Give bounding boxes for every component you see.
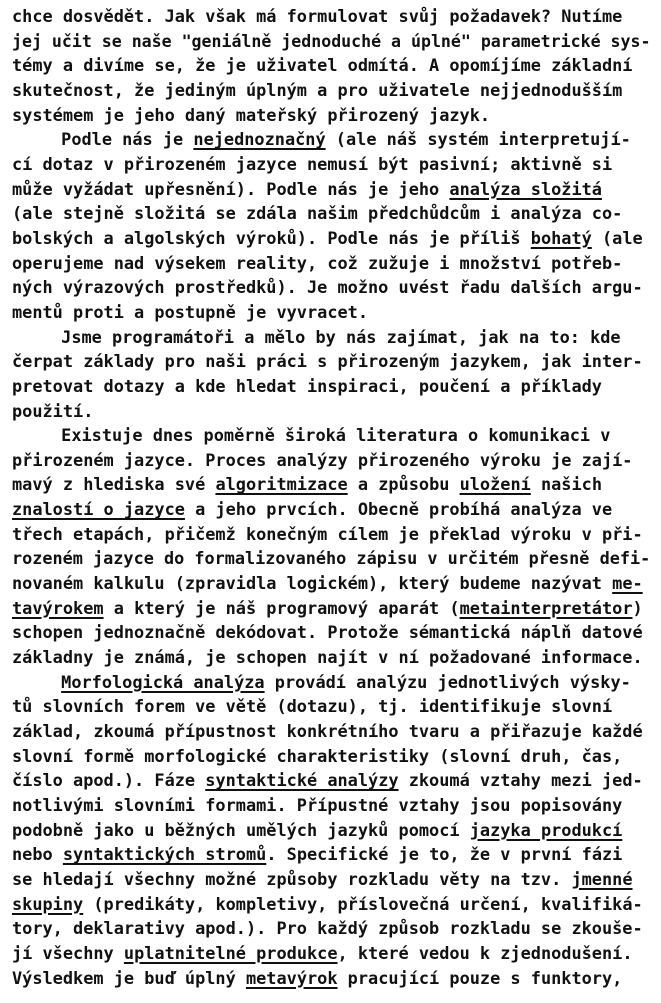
text-segment: jí všechny: [12, 944, 124, 964]
text-segment: (ale stejně složitá se zdála našim předc…: [12, 204, 622, 224]
text-line: se hledají všechny možné způsoby rozklad…: [12, 868, 650, 893]
text-segment: a který je náš programový aparát (: [104, 599, 460, 619]
text-segment: chce dosvědět. Jak však má formulovat sv…: [12, 7, 622, 27]
text-line: notlivými slovními formami. Přípustné vz…: [12, 794, 650, 819]
underlined-term: skupiny: [12, 895, 83, 915]
text-segment: skutečnost, že jediným úplným a pro uživ…: [12, 81, 622, 101]
paragraph-start-line: Jsme programátoři a mělo by nás zajímat,…: [12, 326, 650, 351]
text-segment: mentů proti a postupně je vyvracet.: [12, 303, 368, 323]
text-segment: třech etapách, přičemž konečným cílem je…: [12, 525, 643, 545]
underlined-term: znalostí o jazyce: [12, 500, 185, 520]
text-line: může vyžádat upřesnění). Podle nás je je…: [12, 178, 650, 203]
text-segment: cí dotaz v přirozeném jazyce nemusí být …: [12, 155, 612, 175]
text-segment: a způsobu: [348, 475, 460, 495]
text-segment: základ, zkoumá přípustnost konkrétního t…: [12, 722, 643, 742]
text-segment: tů slovních forem ve větě (dotazu), tj. …: [12, 697, 612, 717]
text-line: (ale stejně složitá se zdála našim předc…: [12, 202, 650, 227]
text-line: skupiny (predikáty, kompletivy, příslove…: [12, 893, 650, 918]
text-line: jej učit se naše "geniálně jednoduché a …: [12, 30, 638, 55]
paragraph-start-line: Podle nás je nejednoznačný (ale náš syst…: [12, 128, 650, 153]
text-segment: Jsme programátoři a mělo by nás zajímat,…: [61, 328, 620, 348]
text-line: cí dotaz v přirozeném jazyce nemusí být …: [12, 153, 650, 178]
text-segment: operujeme nad výsekem reality, což zužuj…: [12, 254, 622, 274]
underlined-term: bohatý: [531, 229, 592, 249]
text-line: nebo syntaktických stromů. Specifické je…: [12, 843, 650, 868]
text-segment: našich: [531, 475, 602, 495]
text-segment: Podle nás je: [61, 130, 193, 150]
text-line: operujeme nad výsekem reality, což zužuj…: [12, 252, 650, 277]
text-segment: může vyžádat upřesnění). Podle nás je je…: [12, 180, 449, 200]
underlined-term: uplatnitelné produkce: [124, 944, 338, 964]
underlined-term: algoritmizace: [215, 475, 347, 495]
text-segment: pretovat dotazy a kde hledat inspiraci, …: [12, 377, 602, 397]
underlined-term: syntaktických stromů: [63, 845, 266, 865]
text-segment: ných výrazových prostředků). Je možno uv…: [12, 278, 643, 298]
text-line: schopen jednoznačně dekódovat. Protože s…: [12, 621, 650, 646]
underlined-term: jmenné: [571, 870, 632, 890]
text-segment: základny je známá, je schopen najít v ní…: [12, 648, 643, 668]
text-segment: provádí analýzu jednotlivých výsky-: [265, 673, 631, 693]
text-segment: , které vedou k zjednodušení.: [338, 944, 633, 964]
text-segment: bolských a algolských výroků). Podle nás…: [12, 229, 531, 249]
text-line: témy a divíme se, že je uživatel odmítá.…: [12, 54, 650, 79]
text-segment: se hledají všechny možné způsoby rozklad…: [12, 870, 571, 890]
text-segment: jej učit se naše "geniálně jednoduché a …: [12, 32, 650, 52]
text-segment: témy a divíme se, že je uživatel odmítá.…: [12, 56, 632, 76]
text-line: přirozeném jazyce. Proces analýzy přiroz…: [12, 449, 650, 474]
text-line: systémem je jeho daný mateřský přirozený…: [12, 104, 650, 129]
text-line: číslo apod.). Fáze syntaktické analýzy z…: [12, 769, 650, 794]
text-line: třech etapách, přičemž konečným cílem je…: [12, 523, 650, 548]
text-segment: podobně jako u běžných umělých jazyků po…: [12, 821, 470, 841]
text-segment: použití.: [12, 402, 93, 422]
text-line: tavýrokem a který je náš programový apar…: [12, 597, 650, 622]
text-line: skutečnost, že jediným úplným a pro uživ…: [12, 79, 650, 104]
text-segment: slovní formě morfologické charakteristik…: [12, 747, 622, 767]
text-segment: a jeho prvcích. Obecně probíhá analýza v…: [185, 500, 612, 520]
text-line: novaném kalkulu (zpravidla logickém), kt…: [12, 572, 650, 597]
text-line: mavý z hlediska své algoritmizace a způs…: [12, 473, 650, 498]
underlined-term: uložení: [460, 475, 531, 495]
text-line: pretovat dotazy a kde hledat inspiraci, …: [12, 375, 650, 400]
text-line: bolských a algolských výroků). Podle nás…: [12, 227, 650, 252]
text-line: čerpat základy pro naši práci s přirozen…: [12, 350, 650, 375]
text-segment: číslo apod.). Fáze: [12, 771, 205, 791]
text-segment: (predikáty, kompletivy, příslovečná urče…: [83, 895, 642, 915]
text-segment: zkoumá vztahy mezi jed-: [399, 771, 643, 791]
underlined-term: Morfologická analýza: [61, 673, 264, 693]
text-segment: novaném kalkulu (zpravidla logickém), kt…: [12, 574, 612, 594]
text-segment: (ale náš systém interpretují-: [326, 130, 631, 150]
underlined-term: nejednoznačný: [193, 130, 325, 150]
text-segment: Výsledkem je buď úplný: [12, 969, 246, 989]
underlined-term: syntaktické analýzy: [205, 771, 398, 791]
text-line: rozeném jazyce do formalizovaného zápisu…: [12, 547, 647, 572]
text-segment: (ale: [592, 229, 643, 249]
text-segment: . Specifické je to, že v první fázi: [266, 845, 622, 865]
text-segment: čerpat základy pro naši práci s přirozen…: [12, 352, 643, 372]
text-line: použití.: [12, 400, 650, 425]
text-line: základ, zkoumá přípustnost konkrétního t…: [12, 720, 650, 745]
text-line: podobně jako u běžných umělých jazyků po…: [12, 819, 650, 844]
text-segment: Existuje dnes poměrně široká literatura …: [61, 426, 610, 446]
text-line: mentů proti a postupně je vyvracet.: [12, 301, 650, 326]
underlined-term: metavýrok: [246, 969, 338, 989]
paragraph-start-line: Existuje dnes poměrně široká literatura …: [12, 424, 650, 449]
underlined-term: jazyka produkcí: [470, 821, 623, 841]
text-line: ných výrazových prostředků). Je možno uv…: [12, 276, 650, 301]
text-line: chce dosvědět. Jak však má formulovat sv…: [12, 5, 650, 30]
paragraph-start-line: Morfologická analýza provádí analýzu jed…: [12, 671, 650, 696]
text-segment: schopen jednoznačně dekódovat. Protože s…: [12, 623, 643, 643]
text-segment: tory, deklarativy apod.). Pro každý způs…: [12, 919, 643, 939]
text-segment: systémem je jeho daný mateřský přirozený…: [12, 106, 490, 126]
text-line: tů slovních forem ve větě (dotazu), tj. …: [12, 695, 650, 720]
text-segment: pracující pouze s funktory,: [338, 969, 623, 989]
text-line: jí všechny uplatnitelné produkce, které …: [12, 942, 650, 967]
underlined-term: metainterpretátor: [460, 599, 633, 619]
text-line: základny je známá, je schopen najít v ní…: [12, 646, 650, 671]
underlined-term: me-: [612, 574, 643, 594]
underlined-term: tavýrokem: [12, 599, 104, 619]
text-line: tory, deklarativy apod.). Pro každý způs…: [12, 917, 650, 942]
text-segment: mavý z hlediska své: [12, 475, 215, 495]
text-line: Výsledkem je buď úplný metavýrok pracují…: [12, 967, 650, 992]
text-segment: nebo: [12, 845, 63, 865]
text-segment: rozeném jazyce do formalizovaného zápisu…: [12, 549, 650, 569]
text-line: znalostí o jazyce a jeho prvcích. Obecně…: [12, 498, 650, 523]
text-segment: ): [633, 599, 643, 619]
typewritten-page: chce dosvědět. Jak však má formulovat sv…: [12, 5, 661, 991]
text-segment: přirozeném jazyce. Proces analýzy přiroz…: [12, 451, 632, 471]
text-line: slovní formě morfologické charakteristik…: [12, 745, 650, 770]
text-segment: notlivými slovními formami. Přípustné vz…: [12, 796, 622, 816]
underlined-term: analýza složitá: [449, 180, 602, 200]
